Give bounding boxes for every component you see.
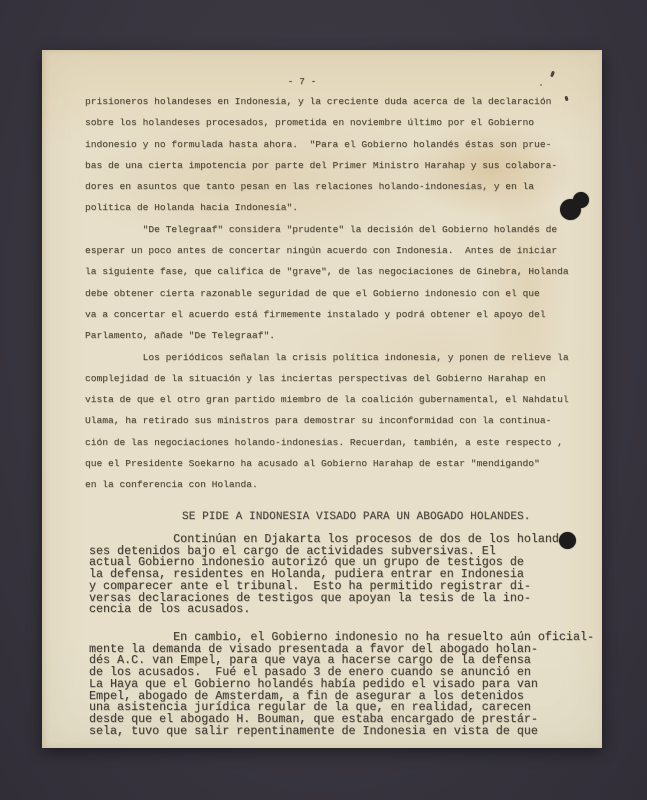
paragraph-continuan: Continúan en Djakarta los procesos de do…	[89, 534, 602, 616]
document-page: - 7 - prisioneros holandeses en Indonesi…	[42, 50, 602, 748]
ink-speck-icon	[550, 71, 555, 78]
ink-blot-icon	[560, 199, 581, 220]
ink-blot-icon	[559, 532, 576, 549]
ink-speck-icon	[540, 84, 542, 86]
paragraph-de-telegraaf: "De Telegraaf" considera "prudente" la d…	[85, 219, 593, 347]
body-text-upper: prisioneros holandeses en Indonesia, y l…	[85, 91, 593, 496]
paragraph-en-cambio: En cambio, el Gobierno indonesio no ha r…	[89, 632, 602, 737]
paragraph-periodicos: Los periódicos señalan la crisis polític…	[85, 347, 593, 496]
page-number: - 7 -	[276, 76, 328, 87]
section-heading: SE PIDE A INDONESIA VISADO PARA UN ABOGA…	[182, 511, 530, 523]
paragraph-prisioneros: prisioneros holandeses en Indonesia, y l…	[85, 91, 593, 219]
